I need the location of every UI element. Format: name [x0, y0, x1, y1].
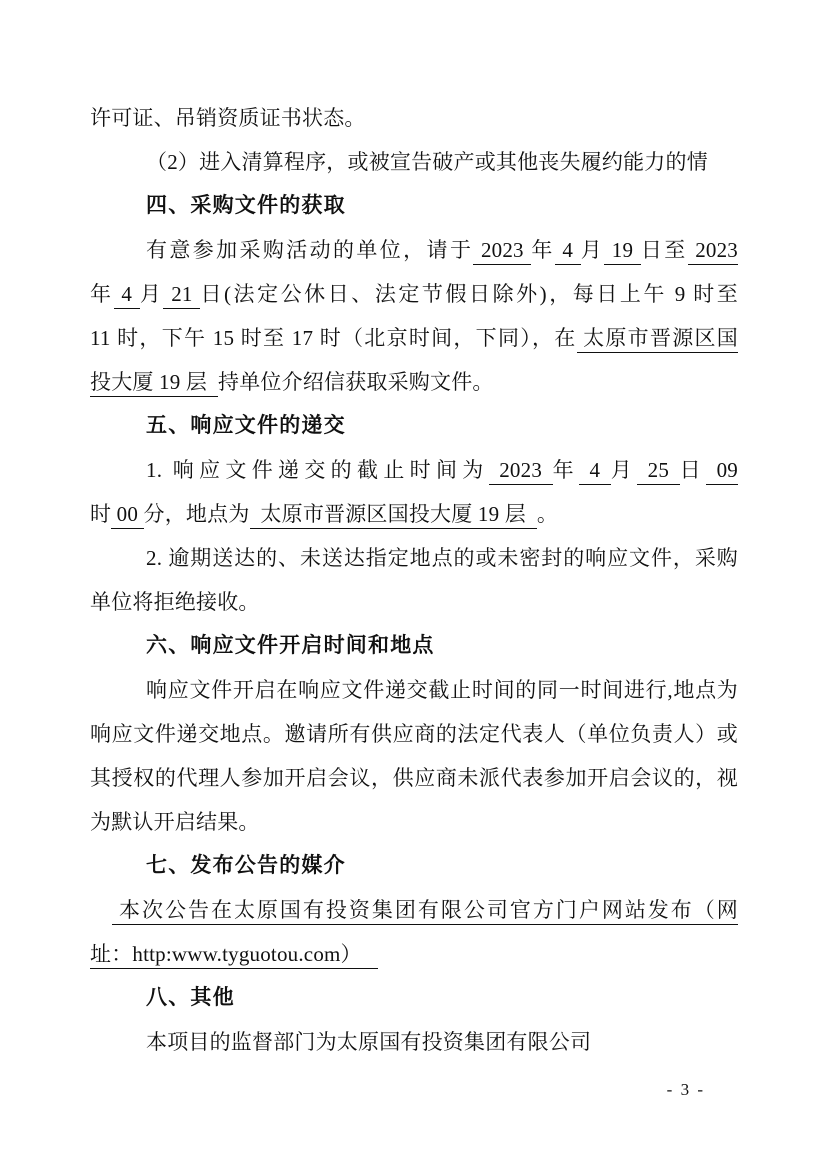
text-line: 址：http:www.tyguotou.com）: [90, 932, 738, 976]
text-segment: 2. 逾期送达的、未送达指定地点的或未密封的响应文件，采购: [146, 546, 738, 570]
text-segment: 为默认开启结果。: [90, 810, 260, 834]
text-line: 投大厦 19 层 持单位介绍信获取采购文件。: [90, 360, 738, 404]
text-line: 响应文件递交地点。邀请所有供应商的法定代表人（单位负责人）或: [90, 712, 738, 756]
text-line: 为默认开启结果。: [90, 800, 738, 844]
section-heading: 六、响应文件开启时间和地点: [90, 624, 738, 668]
text-segment: 分，地点为: [144, 502, 250, 526]
text-line: 时 00 分，地点为 太原市晋源区国投大厦 19 层 。: [90, 492, 738, 536]
text-segment: 。: [537, 502, 558, 526]
section-heading: 七、发布公告的媒介: [90, 844, 738, 888]
underlined-field: 2023: [489, 458, 553, 485]
text-segment: （2）进入清算程序，或被宣告破产或其他丧失履约能力的情形。: [90, 150, 708, 184]
underlined-field: 4: [555, 238, 581, 265]
text-segment: 许可证、吊销资质证书状态。: [90, 106, 366, 130]
text-line: 本项目的监督部门为太原国有投资集团有限公司: [90, 1020, 738, 1064]
text-segment: 年: [531, 238, 554, 262]
text-line: 单位将拒绝接收。: [90, 580, 738, 624]
text-segment: 响应文件递交地点。邀请所有供应商的法定代表人（单位负责人）或: [90, 722, 738, 746]
text-segment: 七、发布公告的媒介: [146, 854, 346, 877]
text-segment: 其授权的代理人参加开启会议，供应商未派代表参加开启会议的，视: [90, 766, 738, 790]
text-segment: 年: [553, 458, 579, 482]
text-line: 11 时，下午 15 时至 17 时（北京时间，下同），在 太原市晋源区国: [90, 316, 738, 360]
text-segment: 响应文件开启在响应文件递交截止时间的同一时间进行,地点为: [146, 678, 738, 702]
document-body: 许可证、吊销资质证书状态。（2）进入清算程序，或被宣告破产或其他丧失履约能力的情…: [90, 96, 738, 1064]
text-line: 许可证、吊销资质证书状态。: [90, 96, 738, 140]
text-segment: 有意参加采购活动的单位，请于: [146, 238, 473, 262]
section-heading: 五、响应文件的递交: [90, 404, 738, 448]
text-segment: 月: [581, 238, 604, 262]
text-segment: 日至: [641, 238, 688, 262]
text-segment: [90, 898, 112, 922]
text-segment: 11 时，下午 15 时至 17 时（北京时间，下同），在: [90, 326, 577, 350]
section-heading: 八、其他: [90, 976, 738, 1020]
underlined-field: 25: [637, 458, 680, 485]
text-segment: 1. 响应文件递交的截止时间为: [146, 458, 489, 482]
text-segment: 持单位介绍信获取采购文件。: [218, 370, 494, 394]
text-segment: 月: [140, 282, 164, 306]
text-line: 有意参加采购活动的单位，请于 2023 年 4 月 19 日至 2023: [90, 228, 738, 272]
text-segment: 月: [611, 458, 637, 482]
underlined-field: 4: [579, 458, 611, 485]
text-line: 其授权的代理人参加开启会议，供应商未派代表参加开启会议的，视: [90, 756, 738, 800]
text-line: 1. 响应文件递交的截止时间为 2023 年 4 月 25 日 09: [90, 448, 738, 492]
text-segment: 六、响应文件开启时间和地点: [146, 634, 435, 657]
page-number: - 3 -: [667, 1080, 705, 1100]
underlined-field: 09: [706, 458, 738, 485]
underlined-field: 19: [604, 238, 641, 265]
text-line: （2）进入清算程序，或被宣告破产或其他丧失履约能力的情形。: [90, 140, 738, 184]
underlined-field: 2023: [688, 238, 738, 265]
text-segment: 五、响应文件的递交: [146, 414, 346, 437]
text-segment: 本项目的监督部门为太原国有投资集团有限公司: [146, 1030, 591, 1054]
underlined-field: 太原市晋源区国: [577, 326, 738, 353]
underlined-field: 投大厦 19 层: [90, 370, 218, 397]
text-segment: 时: [90, 502, 111, 526]
procurement-notice-page: 许可证、吊销资质证书状态。（2）进入清算程序，或被宣告破产或其他丧失履约能力的情…: [0, 0, 827, 1170]
text-segment: 年: [90, 282, 114, 306]
section-heading: 四、采购文件的获取: [90, 184, 738, 228]
underlined-field: 址：http:www.tyguotou.com）: [90, 942, 378, 969]
underlined-field: 本次公告在太原国有投资集团有限公司官方门户网站发布（网: [112, 898, 738, 925]
text-segment: 四、采购文件的获取: [146, 194, 346, 217]
underlined-field: 00: [111, 502, 143, 529]
text-line: 响应文件开启在响应文件递交截止时间的同一时间进行,地点为: [90, 668, 738, 712]
text-line: 年 4 月 21 日(法定公休日、法定节假日除外)，每日上午 9 时至: [90, 272, 738, 316]
text-segment: 日: [680, 458, 706, 482]
text-segment: 八、其他: [146, 986, 235, 1009]
text-line: 本次公告在太原国有投资集团有限公司官方门户网站发布（网: [90, 888, 738, 932]
text-line: 2. 逾期送达的、未送达指定地点的或未密封的响应文件，采购: [90, 536, 738, 580]
underlined-field: 21: [163, 282, 200, 309]
underlined-field: 4: [114, 282, 140, 309]
text-segment: 日(法定公休日、法定节假日除外)，每日上午 9 时至: [200, 282, 738, 306]
underlined-field: 太原市晋源区国投大厦 19 层: [250, 502, 537, 529]
underlined-field: 2023: [473, 238, 531, 265]
text-segment: 单位将拒绝接收。: [90, 590, 260, 614]
